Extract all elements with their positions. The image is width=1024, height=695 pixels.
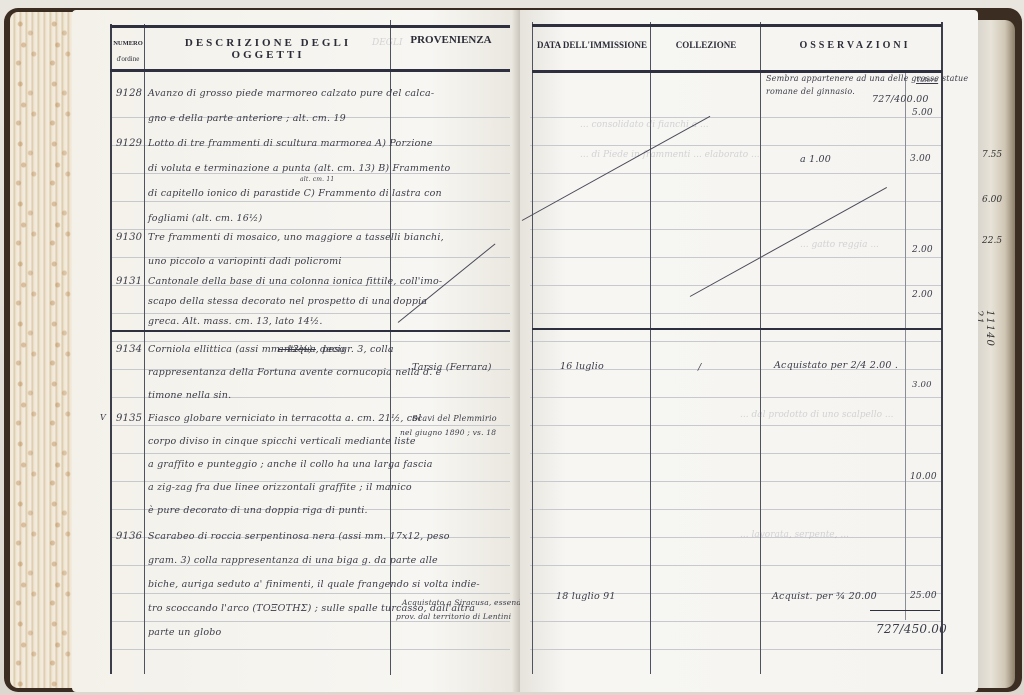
valore-total: 727/450.00 [876,622,947,636]
entry-number: 9129 [116,138,142,149]
entry-description-line: uno piccolo a variopinti dadi policromi [148,256,342,267]
entry-provenienza: Tarsia (Ferrara) [412,362,492,373]
collezione-mark: / [698,362,701,373]
entry-description-line: gram. 3) colla rappresentanza di una big… [148,555,438,566]
entry-description-line: fogliami (alt. cm. 16½) [148,213,262,224]
entry-description-line: è pure decorato di una doppia riga di pu… [148,505,368,516]
column-border-right [941,22,943,674]
entry-description-line: gno e della parte anteriore ; alt. cm. 1… [148,113,346,124]
column-divider [144,24,145,674]
margin-note: 7.55 [982,150,1002,160]
entry-description-line: Avanzo di grosso piede marmoreo calzato … [148,88,434,99]
entry-description-line: corpo diviso in cinque spicchi verticali… [148,436,416,447]
osservazioni-text: romane del ginnasio. [766,87,855,96]
page-edges-left [10,12,78,688]
entry-description-line: rappresentanza della Fortuna avente corn… [148,367,442,378]
entry-description-line: Fiasco globare verniciato in terracotta … [148,413,421,424]
valore-amount: 727/400.00 [872,94,929,105]
entry-number: 9130 [116,232,142,243]
entry-description-line: Scarabeo di roccia serpentinosa nera (as… [148,531,450,542]
entry-provenienza: Scavi del Plemmirio [412,414,497,423]
column-border [110,24,112,674]
valore-amount: 5.00 [912,108,933,118]
ruled-lines [530,90,942,662]
entry-provenienza: Acquistato a Siracusa, essendo [402,598,526,607]
margin-note: 22.5 [982,236,1002,246]
struck-word: antiqua [278,344,316,355]
entry-description-line: scapo della stessa decorato nel prospett… [148,296,427,307]
header-top-rule [110,25,510,28]
osservazioni-text: Sembra appartenere ad una delle grosse s… [766,74,968,83]
entry-number: 9136 [116,531,142,542]
entry-provenienza: nel giugno 1890 ; vs. 18 [400,428,496,437]
header-bottom-rule [110,69,510,72]
header-data-immissione: DATA DELL'IMMISSIONE [534,40,650,50]
section-divider [532,328,942,330]
page-edges-right [975,20,1015,688]
entry-description-line: di capitello ionico di parastide C) Fram… [148,188,442,199]
valore-amount: 3.00 [912,380,932,390]
valore-divider [905,70,906,620]
margin-note: 6.00 [982,195,1002,205]
header-bottom-rule [532,70,942,73]
entry-number: 9135 [116,413,142,424]
entry-number: 9128 [116,88,142,99]
right-page: DATA DELL'IMMISSIONE COLLEZIONE OSSERVAZ… [520,10,978,692]
entry-description-line: biche, auriga seduto a' finimenti, il qu… [148,579,480,590]
left-page: NUMERO d'ordine DESCRIZIONE DEGLI OGGETT… [72,10,520,692]
header-osservazioni: OSSERVAZIONI [780,40,930,51]
column-divider [760,22,761,674]
entry-description-line: greca. Alt. mass. cm. 13, lato 14½. [148,316,323,327]
entry-description-line: parte un globo [148,627,221,638]
header-collezione: COLLEZIONE [652,40,760,50]
valore-amount: 10.00 [910,472,937,482]
total-rule [870,610,940,611]
osservazioni-text: Acquistato per 2/4 2.00 . [774,360,898,371]
valore-amount: 2.00 [912,290,933,300]
interlinear-note: alt. cm. 11 [300,176,334,183]
entry-description-line: Lotto di tre frammenti di scultura marmo… [148,138,433,149]
data-immissione: 18 luglio 91 [556,591,616,602]
entry-description-line: a graffito e punteggio ; anche il collo … [148,459,433,470]
header-provenienza: PROVENIENZA [392,34,510,46]
entry-description-line: decigr. 3, colla [320,344,394,355]
valore-amount: 2.00 [912,245,933,255]
valore-amount: 25.00 [910,591,937,601]
entry-description-line: timone nella sin. [148,390,231,401]
header-descrizione: DESCRIZIONE DEGLI OGGETTI [146,37,390,61]
entry-description-line: Tre frammenti di mosaico, uno maggiore a… [148,232,444,243]
entry-description-line: a zig-zag fra due linee orizzontali graf… [148,482,412,493]
osservazioni-text: Acquist. per ¾ 20.00 [772,591,877,602]
osservazioni-text: a 1.00 [800,154,831,165]
header-ordine: d'ordine [112,55,144,63]
entry-number: 9131 [116,276,142,287]
entry-number: 9134 [116,344,142,355]
valore-amount: 3.00 [910,154,931,164]
column-border [532,22,533,674]
header-top-rule [532,24,942,27]
header-numero: NUMERO [112,40,144,47]
margin-mark: V [100,413,106,422]
entry-description-line: di voluta e terminazione a punta (alt. c… [148,163,450,174]
entry-provenienza: prov. dal territorio di Lentini [396,612,511,621]
entry-description-line: Cantonale della base di una colonna ioni… [148,276,442,287]
section-divider [110,330,510,332]
data-immissione: 16 luglio [560,361,604,372]
